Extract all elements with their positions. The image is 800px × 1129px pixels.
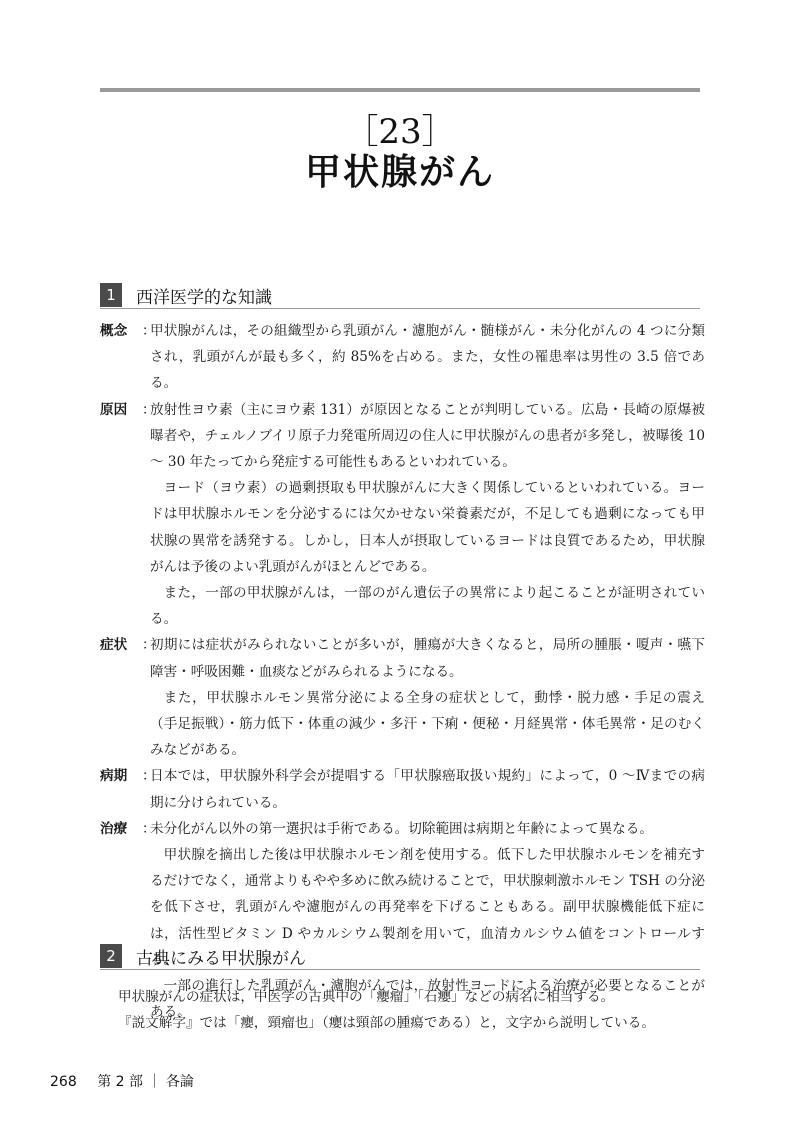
paragraph: 放射性ヨウ素（主にヨウ素 131）が原因となることが判明している。広島・長崎の原…	[150, 397, 705, 476]
entry-stage: 病期 ： 日本では，甲状腺外科学会が提唱する「甲状腺癌取扱い規約」によって，0 …	[100, 763, 705, 815]
entry-cause: 原因 ： 放射性ヨウ素（主にヨウ素 131）が原因となることが判明している。広島…	[100, 397, 705, 633]
section-title: 西洋医学的な知識	[136, 283, 272, 308]
paragraph: 『説文解字』では「癭，頸瘤也」（癭は頸部の腫瘍である）と，文字から説明している。	[100, 1010, 705, 1036]
paragraph: 未分化がん以外の第一選択は手術である。切除範囲は病期と年齢によって異なる。	[150, 816, 705, 842]
page-footer: 268 第 2 部 ｜ 各論	[50, 1071, 194, 1091]
paragraph: 日本では，甲状腺外科学会が提唱する「甲状腺癌取扱い規約」によって，0 ～Ⅳまでの…	[150, 763, 705, 815]
entry-concept: 概念 ： 甲状腺がんは，その組織型から乳頭がん・濾胞がん・髄様がん・未分化がんの…	[100, 318, 705, 397]
entry-term: 原因	[100, 397, 142, 633]
paragraph: 初期には症状がみられないことが多いが，腫瘍が大きくなると，局所の腫脹・嗄声・嚥下…	[150, 632, 705, 684]
entry-description: 放射性ヨウ素（主にヨウ素 131）が原因となることが判明している。広島・長崎の原…	[150, 397, 705, 633]
part-label: 第 2 部	[97, 1074, 143, 1090]
section-2-body: 甲状腺がんの症状は，中医学の古典中の「癭瘤」「石癭」などの病名に相当する。 『説…	[100, 984, 705, 1036]
colon: ：	[142, 632, 150, 763]
entry-description: 初期には症状がみられないことが多いが，腫瘍が大きくなると，局所の腫脹・嗄声・嚥下…	[150, 632, 705, 763]
paragraph: また，一部の甲状腺がんは，一部のがん遺伝子の異常により起こることが証明されている…	[150, 580, 705, 632]
section-header-2: 2 古典にみる甲状腺がん	[100, 943, 700, 970]
section-header-1: 1 西洋医学的な知識	[100, 282, 700, 309]
section-title: 古典にみる甲状腺がん	[136, 944, 306, 969]
paragraph: 甲状腺がんの症状は，中医学の古典中の「癭瘤」「石癭」などの病名に相当する。	[100, 984, 705, 1010]
entry-term: 概念	[100, 318, 142, 397]
paragraph: また，甲状腺ホルモン異常分泌による全身の症状として，動悸・脱力感・手足の震え（手…	[150, 685, 705, 764]
page-number: 268	[50, 1074, 77, 1090]
paragraph: ヨード（ヨウ素）の過剰摂取も甲状腺がんに大きく関係しているといわれている。ヨード…	[150, 475, 705, 580]
top-rule	[100, 88, 700, 92]
section-1-body: 概念 ： 甲状腺がんは，その組織型から乳頭がん・濾胞がん・髄様がん・未分化がんの…	[100, 318, 705, 1025]
colon: ：	[142, 763, 150, 815]
entry-term: 病期	[100, 763, 142, 815]
entry-term: 症状	[100, 632, 142, 763]
part-title: 各論	[166, 1074, 194, 1090]
entry-description: 甲状腺がんは，その組織型から乳頭がん・濾胞がん・髄様がん・未分化がんの 4 つに…	[150, 318, 705, 397]
paragraph: 甲状腺がんは，その組織型から乳頭がん・濾胞がん・髄様がん・未分化がんの 4 つに…	[150, 318, 705, 397]
footer-separator: ｜	[147, 1074, 161, 1090]
section-number-badge: 2	[100, 944, 122, 968]
entry-symptoms: 症状 ： 初期には症状がみられないことが多いが，腫瘍が大きくなると，局所の腫脹・…	[100, 632, 705, 763]
entry-description: 日本では，甲状腺外科学会が提唱する「甲状腺癌取扱い規約」によって，0 ～Ⅳまでの…	[150, 763, 705, 815]
chapter-title: 甲状腺がん	[0, 144, 800, 195]
section-number-badge: 1	[100, 283, 122, 307]
colon: ：	[142, 318, 150, 397]
colon: ：	[142, 397, 150, 633]
